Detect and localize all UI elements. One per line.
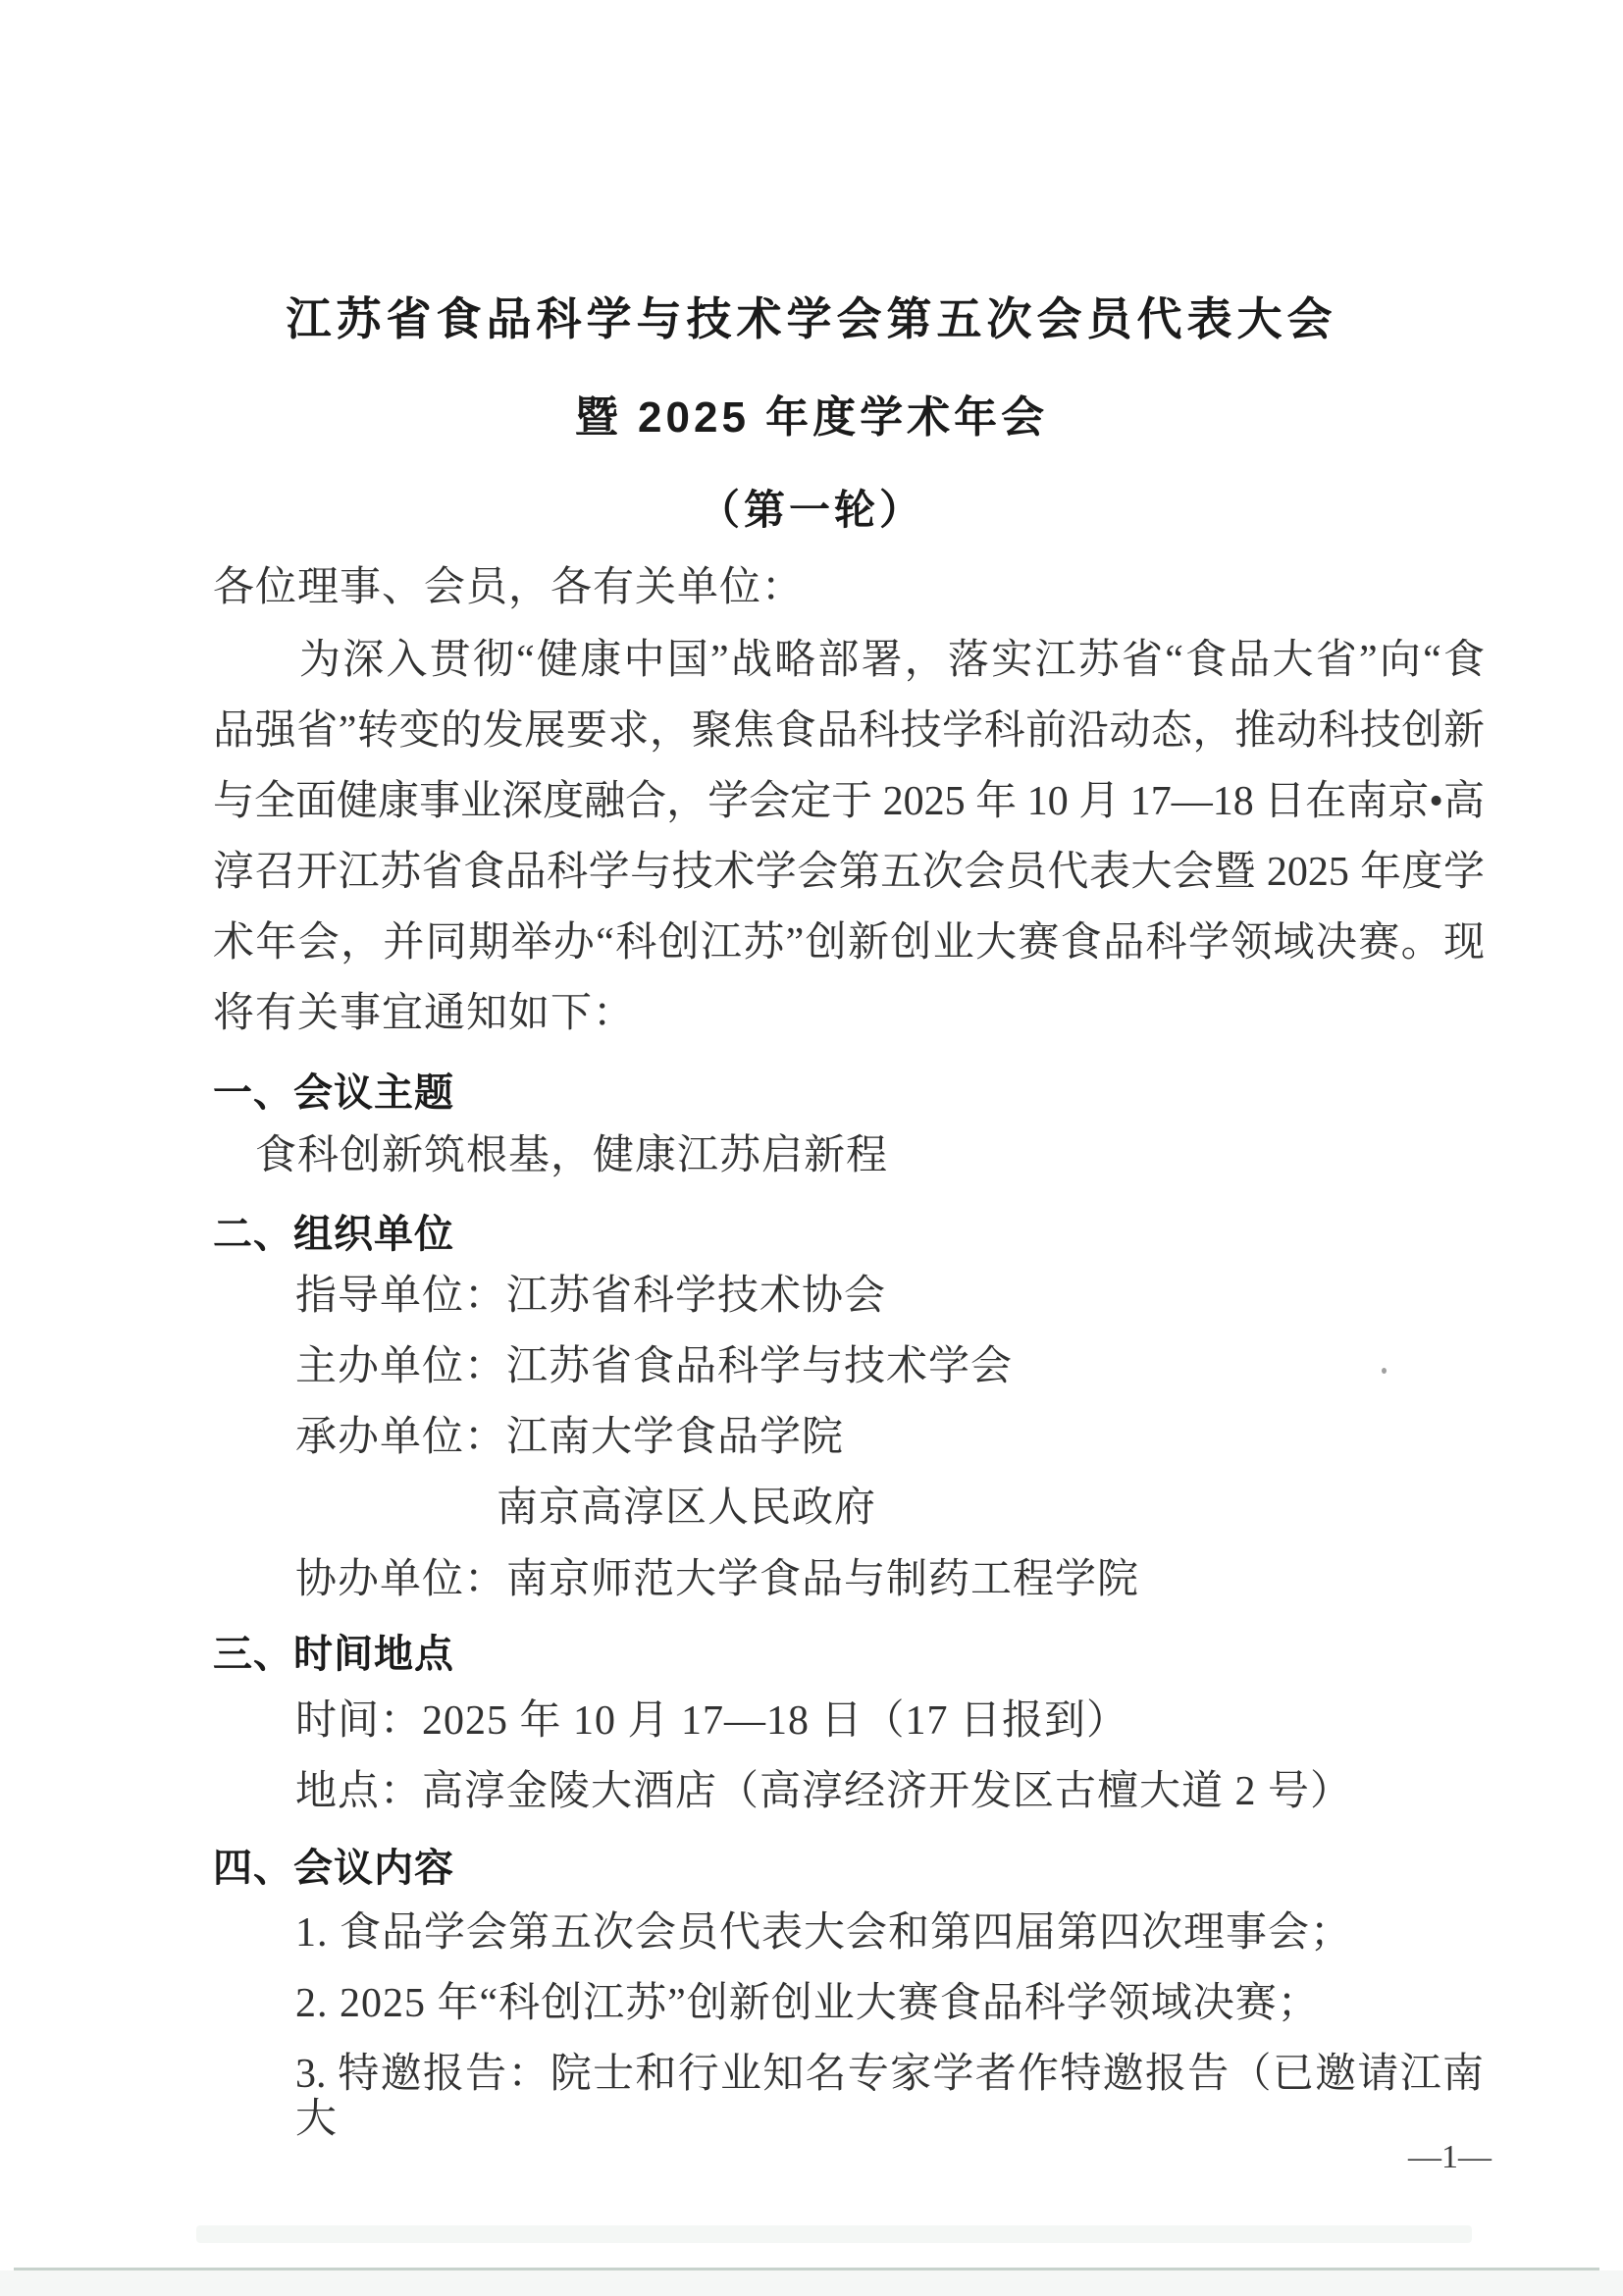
scan-edge-line xyxy=(14,2268,1599,2270)
scanned-document-page: 江苏省食品科学与技术学会第五次会员代表大会 暨 2025 年度学术年会 （第一轮… xyxy=(0,0,1623,2296)
document-title-round-label: （第一轮） xyxy=(0,478,1623,537)
section-4-item-3-line: 3. 特邀报告：院士和行业知名专家学者作特邀报告（已邀请江南大 xyxy=(295,2052,1484,2142)
section-3-heading: 三、时间地点 xyxy=(213,1623,454,1679)
salutation-line: 各位理事、会员，各有关单位： xyxy=(213,565,1485,610)
intro-line-2: 品强省”转变的发展要求，聚焦食品科技学科前沿动态，推动科技创新 xyxy=(213,708,1485,754)
intro-line-1: 为深入贯彻“健康中国”战略部署，落实江苏省“食品大省”向“食 xyxy=(213,638,1485,683)
section-4-item-2-line: 2. 2025 年“科创江苏”创新创业大赛食品科学领域决赛； xyxy=(295,1981,1484,2026)
section-1-theme-line: 食科创新筑根基，健康江苏启新程 xyxy=(255,1133,1485,1178)
section-2-co-organizer-unit-line: 协办单位：南京师范大学食品与制药工程学院 xyxy=(295,1557,1484,1602)
page-number: —1— xyxy=(1364,2139,1492,2176)
section-3-place-line: 地点：高淳金陵大酒店（高淳经济开发区古檀大道 2 号） xyxy=(295,1769,1484,1814)
section-2-organizer-unit-line: 承办单位：江南大学食品学院 xyxy=(295,1415,1484,1460)
document-title-line-1: 江苏省食品科学与技术学会第五次会员代表大会 xyxy=(0,284,1623,348)
section-4-heading: 四、会议内容 xyxy=(213,1837,454,1893)
section-4-item-1-line: 1. 食品学会第五次会员代表大会和第四届第四次理事会； xyxy=(295,1910,1484,1956)
intro-line-4: 淳召开江苏省食品科学与技术学会第五次会员代表大会暨 2025 年度学 xyxy=(213,850,1485,895)
section-2-host-unit-line: 主办单位：江苏省食品科学与技术学会 xyxy=(295,1344,1484,1389)
intro-close-line: 将有关事宜通知如下： xyxy=(213,991,1485,1036)
section-2-guiding-unit-line: 指导单位：江苏省科学技术协会 xyxy=(295,1274,1484,1319)
scan-speckle xyxy=(1382,1368,1387,1374)
scan-ghost-band xyxy=(196,2225,1472,2243)
document-title-line-2: 暨 2025 年度学术年会 xyxy=(0,382,1623,444)
intro-line-5: 术年会，并同期举办“科创江苏”创新创业大赛食品科学领域决赛。现 xyxy=(213,920,1485,965)
scan-bottom-strip xyxy=(0,2270,1623,2296)
intro-line-3: 与全面健康事业深度融合，学会定于 2025 年 10 月 17—18 日在南京•… xyxy=(213,779,1485,824)
section-2-organizer-unit-line-2: 南京高淳区人民政府 xyxy=(497,1486,1484,1531)
section-1-heading: 一、会议主题 xyxy=(213,1062,454,1118)
section-3-time-line: 时间：2025 年 10 月 17—18 日（17 日报到） xyxy=(295,1698,1484,1744)
section-2-heading: 二、组织单位 xyxy=(213,1203,454,1259)
